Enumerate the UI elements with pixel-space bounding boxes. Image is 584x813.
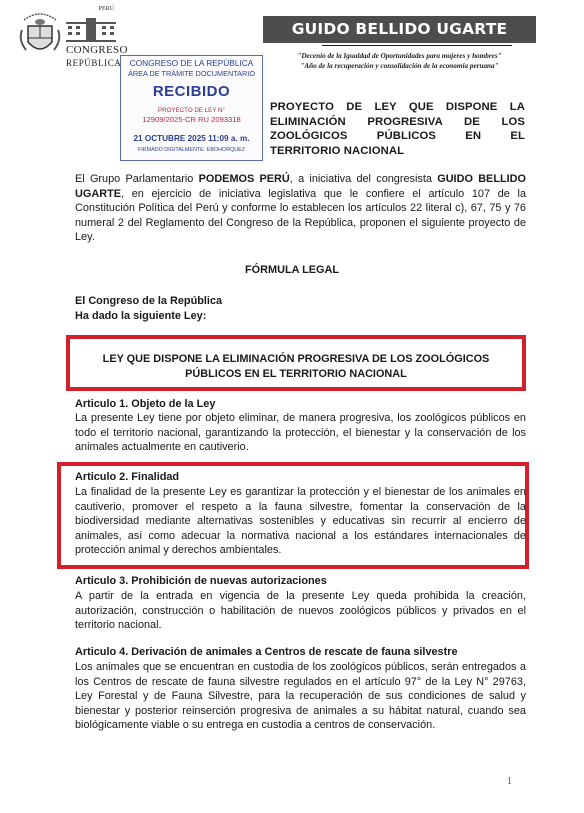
article-2-title: Articulo 2. Finalidad <box>75 470 179 485</box>
stamp-date: 21 OCTUBRE 2025 11:09 a. m. <box>121 134 262 143</box>
article-1-body: La presente Ley tiene por objeto elimina… <box>75 411 526 455</box>
stamp-status: RECIBIDO <box>121 83 262 100</box>
article-3-body: A partir de la entrada en vigencia de la… <box>75 589 526 633</box>
stamp-signature: FIRMADO DIGITALMENTE: EBOHORQUEZ <box>121 147 262 153</box>
party-name: PODEMOS PERÚ <box>199 173 290 185</box>
peru-coat-of-arms-logo <box>18 8 62 60</box>
article-1-title: Articulo 1. Objeto de la Ley <box>75 397 215 412</box>
decenio-line-2: "Año de la recuperación y consolidación … <box>262 61 537 71</box>
enacting-clause: El Congreso de la República Ha dado la s… <box>75 294 222 323</box>
article-4-body: Los animales que se encuentran en custod… <box>75 660 526 733</box>
stamp-institution: CONGRESO DE LA REPÚBLICA <box>121 58 262 68</box>
stamp-project-number: 12909/2025-CR RU 2093318 <box>121 115 262 124</box>
congreso-logo: PERÚ CONGRESO REPÚBLICA <box>64 6 118 66</box>
law-title: LEY QUE DISPONE LA ELIMINACIÓN PROGRESIV… <box>70 352 522 382</box>
article-4-title: Articulo 4. Derivación de animales a Cen… <box>75 645 458 660</box>
bill-title-line: ZOOLÓGICOS PÚBLICOS EN EL <box>270 129 525 144</box>
decenio-line-1: "Decenio de la Igualdad de Oportunidades… <box>262 51 537 61</box>
reception-stamp: CONGRESO DE LA REPÚBLICA ÁREA DE TRÁMITE… <box>120 55 263 161</box>
stamp-area: ÁREA DE TRÁMITE DOCUMENTARIO <box>121 69 262 78</box>
stamp-project-label: PROYECTO DE LEY N° <box>121 107 262 114</box>
bill-title: PROYECTO DE LEY QUE DISPONE LA ELIMINACI… <box>270 100 525 158</box>
decenio-motto: "Decenio de la Igualdad de Oportunidades… <box>262 51 537 71</box>
header-divider <box>322 45 512 46</box>
article-3-title: Articulo 3. Prohibición de nuevas autori… <box>75 574 327 589</box>
intro-paragraph: El Grupo Parlamentario PODEMOS PERÚ, a i… <box>75 172 526 245</box>
page-number: 1 <box>507 776 512 787</box>
bill-title-line: PROYECTO DE LEY QUE DISPONE LA <box>270 100 525 115</box>
congressman-banner: GUIDO BELLIDO UGARTE <box>263 16 536 43</box>
article-2-body: La finalidad de la presente Ley es garan… <box>75 485 526 558</box>
bill-title-line: TERRITORIO NACIONAL <box>270 144 525 159</box>
law-title-highlight-box: LEY QUE DISPONE LA ELIMINACIÓN PROGRESIV… <box>66 335 526 391</box>
bill-title-line: ELIMINACIÓN PROGRESIVA DE LOS <box>270 115 525 130</box>
formula-legal-heading: FÓRMULA LEGAL <box>0 264 584 276</box>
